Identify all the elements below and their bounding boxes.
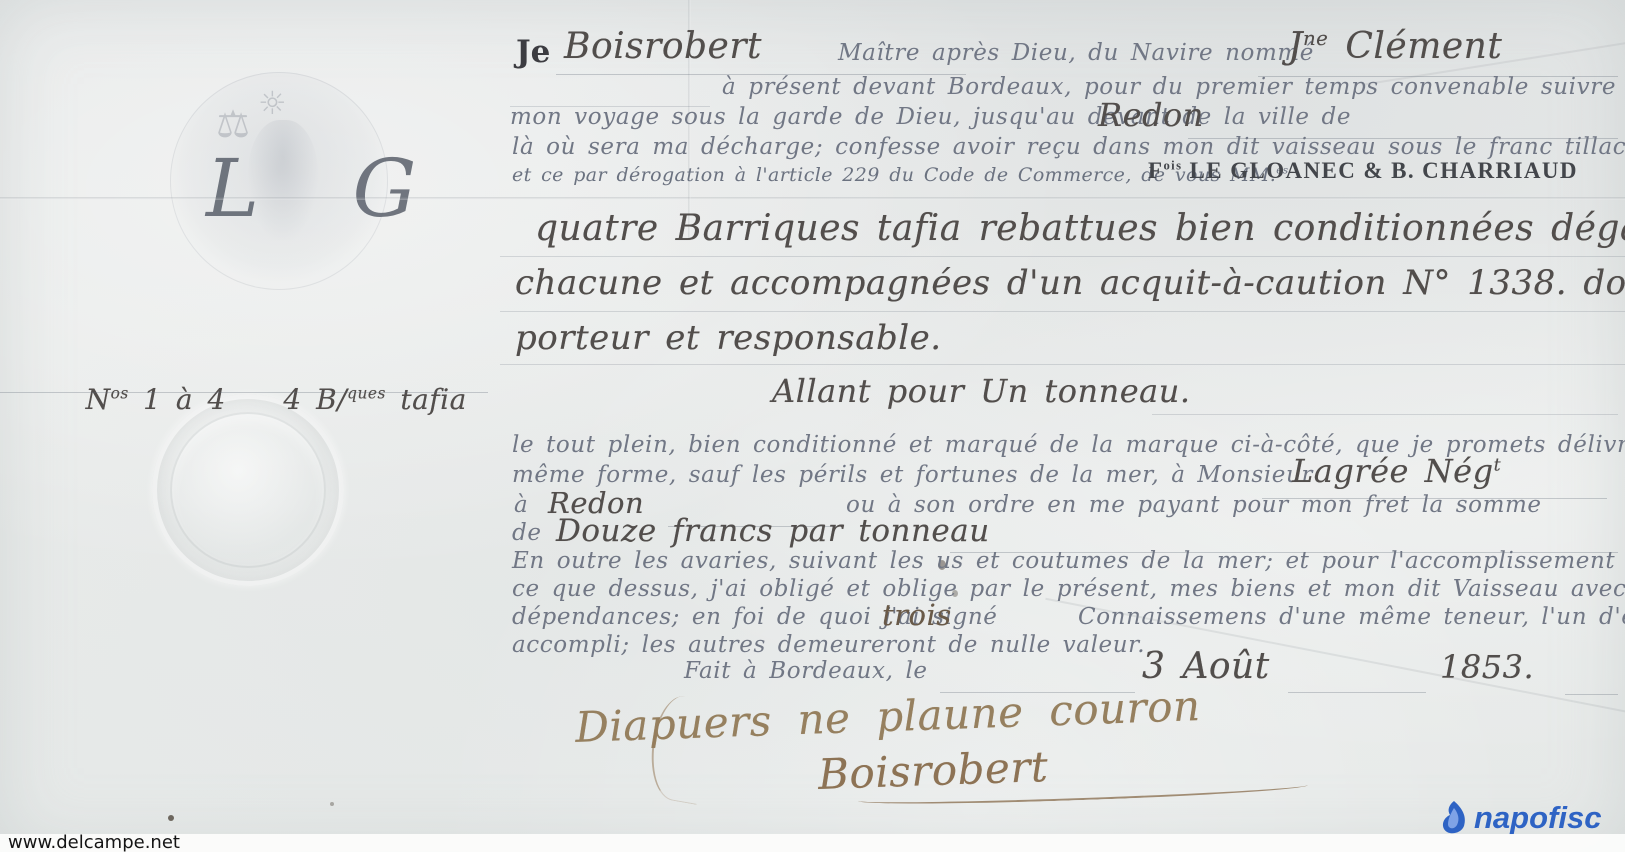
- ruled-line: [500, 256, 1625, 257]
- freight-line: Allant pour Un tonneau.: [772, 372, 1191, 410]
- napofisc-label: napofisc: [1474, 800, 1601, 836]
- margin-note-text: tafia: [386, 383, 467, 416]
- margin-note-sup: os: [111, 385, 129, 403]
- shippers-name-text: F: [1148, 158, 1163, 183]
- terms-line-7: Connaissemens d'une même teneur, l'un d'…: [1078, 604, 1625, 630]
- scales-icon: ⚖: [216, 102, 250, 146]
- ship-name: Jne Clément: [1288, 26, 1502, 67]
- ruled-line: [1152, 414, 1618, 415]
- header-line-4: là où sera ma décharge; confesse avoir r…: [512, 134, 1625, 160]
- margin-note-sup: ques: [347, 385, 386, 403]
- margin-note: Nos 1 à 4 4 B/ques tafia: [28, 350, 467, 449]
- terms-line-2: même forme, sauf les périls et fortunes …: [512, 462, 1313, 488]
- ruled-line: [500, 311, 1625, 312]
- terms-line-4-prefix: de: [512, 520, 542, 546]
- monogram-initials: L G: [206, 142, 450, 235]
- ship-name-text: Clément: [1328, 26, 1502, 67]
- shippers-name: Fois LE GLOANEC & B. CHARRIAUD: [1148, 158, 1578, 184]
- scanned-document: ☼ ⚖ L G Nos 1 à 4 4 B/ques tafia Je Bois…: [0, 0, 1625, 852]
- watermark-strip: [0, 834, 1625, 852]
- captain-name: Boisrobert: [564, 26, 762, 67]
- terms-line-6: ce que dessus, j'ai obligé et oblige par…: [512, 576, 1625, 602]
- ink-spot: [330, 802, 334, 806]
- terms-line-8: accompli; les autres demeureront de null…: [512, 632, 1145, 658]
- consignee-name-text: Lagrée Nég: [1292, 452, 1494, 490]
- ruled-line: [0, 392, 488, 393]
- freight-price: Douze francs par tonneau: [556, 513, 990, 549]
- date-value: 3 Août: [1142, 646, 1270, 687]
- margin-note-text: N: [86, 383, 111, 416]
- ruled-line: [500, 364, 1625, 365]
- margin-note-text: 1 à 4 4 B/: [129, 383, 347, 416]
- dateline-label: Fait à Bordeaux, le: [684, 658, 928, 684]
- napofisc-icon: [1440, 800, 1468, 836]
- shippers-name-sup: ois: [1163, 158, 1182, 172]
- ink-spot: [168, 815, 174, 821]
- header-line-3: mon voyage sous la garde de Dieu, jusqu'…: [510, 104, 1351, 130]
- cargo-line-1: quatre Barriques tafia rebattues bien co…: [535, 208, 1625, 249]
- cargo-line-2: chacune et accompagnées d'un acquit-à-ca…: [515, 263, 1625, 303]
- printed-word-je: Je: [516, 34, 550, 70]
- consignee-name-sup: t: [1494, 455, 1502, 475]
- ruled-line: [1565, 694, 1618, 695]
- ship-name-sup: ne: [1303, 27, 1328, 50]
- master-clause: Maître après Dieu, du Navire nommé: [838, 40, 1314, 66]
- terms-line-5: En outre les avaries, suivant les us et …: [512, 548, 1625, 574]
- voyage-destination: Redon: [1098, 96, 1204, 134]
- copies-count: trois: [882, 598, 952, 632]
- consignee-name: Lagrée Négt: [1292, 452, 1501, 490]
- cargo-line-3: porteur et responsable.: [515, 318, 942, 358]
- ruled-line: [1288, 692, 1426, 693]
- sun-icon: ☼: [258, 84, 287, 122]
- terms-line-3-prefix: à: [514, 492, 528, 518]
- shippers-name-text: LE GLOANEC & B. CHARRIAUD: [1182, 158, 1577, 183]
- delcampe-watermark: www.delcampe.net: [8, 833, 180, 852]
- year-value: 1853.: [1440, 648, 1534, 686]
- ship-name-text: J: [1288, 26, 1303, 67]
- napofisc-logo: napofisc: [1440, 800, 1601, 836]
